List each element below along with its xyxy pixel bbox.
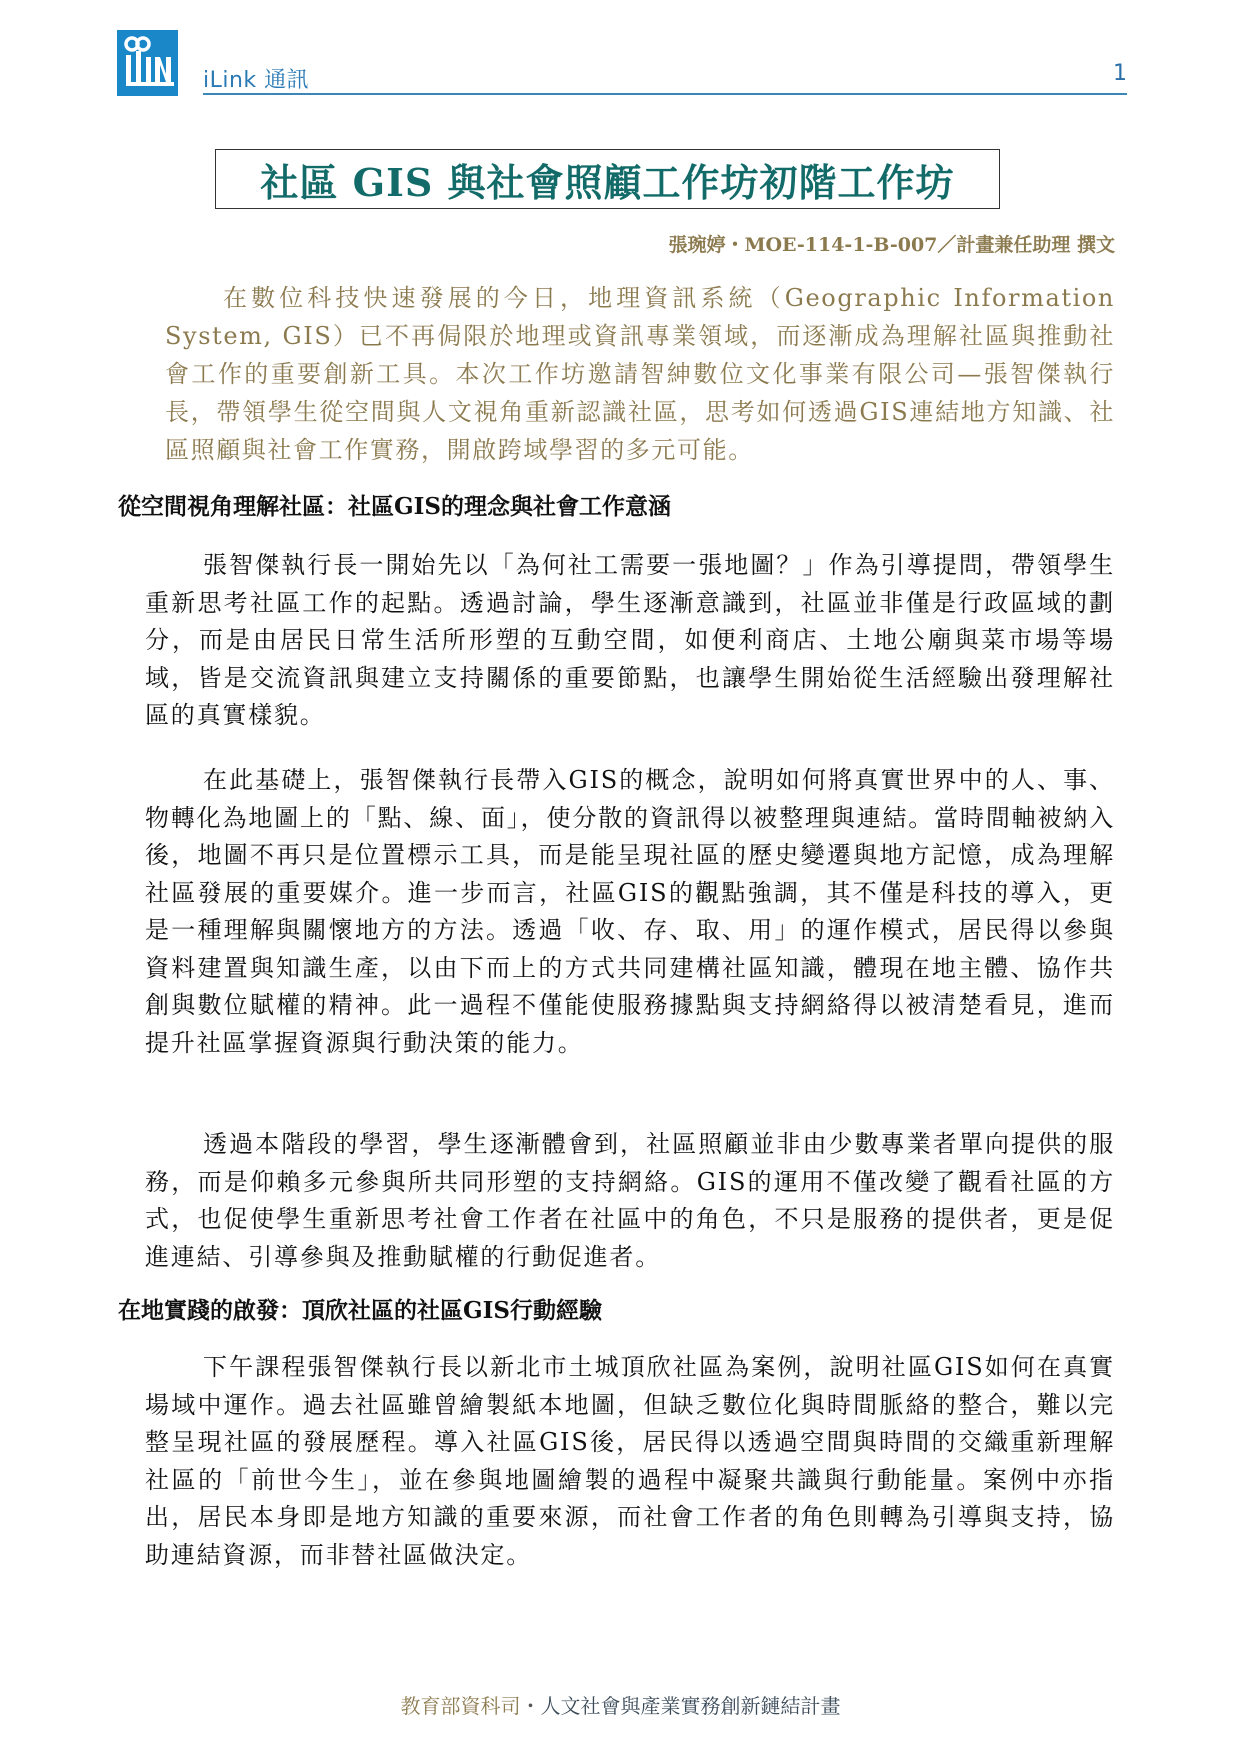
ilink-logo-icon	[117, 30, 178, 96]
page-footer: 教育部資科司・人文社會與產業實務創新鏈結計畫	[0, 1690, 1241, 1719]
footer-separator: ・	[521, 1694, 541, 1718]
section-heading-2: 在地實踐的啟發：頂欣社區的社區GIS行動經驗	[118, 1292, 602, 1325]
section-1-paragraph-2: 在此基礎上，張智傑執行長帶入GIS的概念，說明如何將真實世界中的人、事、物轉化為…	[145, 762, 1115, 1062]
newsletter-title: iLink 通訊	[203, 63, 309, 94]
header-divider	[203, 93, 1127, 95]
article-byline: 張琬婷・MOE-114-1-B-007／計畫兼任助理 撰文	[668, 230, 1115, 257]
section-1-paragraph-3: 透過本階段的學習，學生逐漸體會到，社區照顧並非由少數專業者單向提供的服務，而是仰…	[145, 1126, 1115, 1276]
section-2-paragraph-1: 下午課程張智傑執行長以新北市土城頂欣社區為案例，說明社區GIS如何在真實場域中運…	[145, 1349, 1115, 1574]
section-heading-1: 從空間視角理解社區：社區GIS的理念與社會工作意涵	[118, 488, 671, 521]
page-number: 1	[1113, 61, 1127, 86]
section-1-paragraph-1: 張智傑執行長一開始先以「為何社工需要一張地圖？」作為引導提問，帶領學生重新思考社…	[145, 547, 1115, 735]
article-title: 社區 GIS 與社會照顧工作坊初階工作坊	[260, 152, 954, 207]
article-title-box: 社區 GIS 與社會照顧工作坊初階工作坊	[215, 149, 1000, 209]
footer-ministry: 教育部資科司	[401, 1694, 521, 1718]
footer-program: 人文社會與產業實務創新鏈結計畫	[541, 1694, 841, 1718]
page-header: iLink 通訊 1	[117, 30, 1127, 96]
ilink-logo	[117, 30, 178, 96]
article-intro: 在數位科技快速發展的今日，地理資訊系統（Geographic Informati…	[165, 279, 1115, 469]
